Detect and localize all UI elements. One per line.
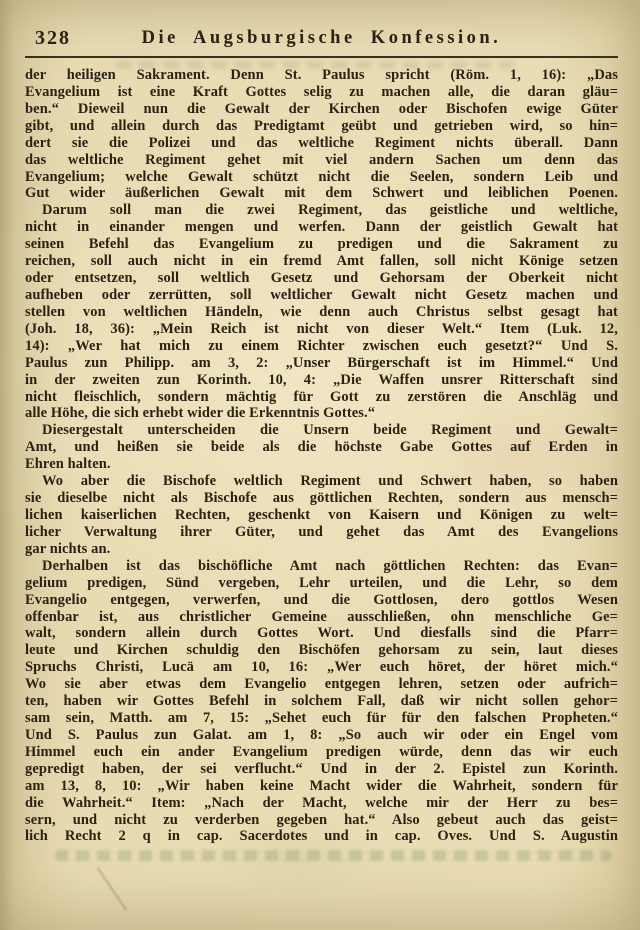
text-line: lichen kaiserlichen Rechten, geschenkt v…: [25, 507, 618, 524]
text-line: oder entsetzen, soll weltlich Gesetz und…: [25, 270, 618, 287]
text-line: walt, sondern allein durch Gottes Wort. …: [25, 625, 618, 642]
paragraph: Wo aber die Bischofe weltlich Regiment u…: [25, 473, 618, 558]
text-line: gepredigt haben, der sei verflucht.“ Und…: [25, 761, 618, 778]
text-line: sam sein, Matth. am 7, 15: „Sehet euch f…: [25, 710, 618, 727]
text-line: am 13, 8, 10: „Wir haben keine Macht wid…: [25, 778, 618, 795]
text-line: nicht in einander mengen und werfen. Dan…: [25, 219, 618, 236]
paragraph: Diesergestalt unterscheiden die Unsern b…: [25, 422, 618, 473]
show-through-text: [55, 850, 612, 861]
page-header: 328 Die Augsburgische Konfession.: [25, 27, 618, 51]
paragraph: Derhalben ist das bischöfliche Amt nach …: [25, 558, 618, 846]
text-line: die Wahrheit.“ Item: „Nach der Macht, we…: [25, 795, 618, 812]
paragraph: der heiligen Sakrament. Denn St. Paulus …: [25, 67, 618, 202]
text-line: das weltliche Regiment gehet mit viel an…: [25, 152, 618, 169]
paragraph: Darum soll man die zwei Regiment, das ge…: [25, 202, 618, 422]
text-line: nicht fleischlich, sondern mächtig für G…: [25, 389, 618, 406]
text-line: lich Recht 2 q in cap. Sacerdotes und in…: [25, 828, 618, 845]
text-line: 14): „Wer hat mich zu einem Richter zwis…: [25, 338, 618, 355]
text-line: sie dieselbe nicht als Bischofe aus gött…: [25, 490, 618, 507]
text-line: licher Verwaltung ihrer Güter, und gehet…: [25, 524, 618, 541]
text-line: Himmel euch ein ander Evangelium predige…: [25, 744, 618, 761]
text-line: Diesergestalt unterscheiden die Unsern b…: [25, 422, 618, 439]
text-line: Spruchs Christi, Lucä am 10, 16: „Wer eu…: [25, 659, 618, 676]
text-line: der heiligen Sakrament. Denn St. Paulus …: [25, 67, 618, 84]
text-line: gar nichts an.: [25, 541, 618, 558]
text-line: ten, haben wir Gottes Befehl in solchem …: [25, 693, 618, 710]
text-line: offenbar ist, aus christlicher Gemeine a…: [25, 609, 618, 626]
book-page: 328 Die Augsburgische Konfession. der he…: [0, 0, 640, 930]
text-line: ben.“ Dieweil nun die Gewalt der Kirchen…: [25, 101, 618, 118]
text-line: aufheben oder zerrütten, soll weltlicher…: [25, 287, 618, 304]
text-line: Darum soll man die zwei Regiment, das ge…: [25, 202, 618, 219]
text-line: Evangelium; welche Gewalt schützt nicht …: [25, 169, 618, 186]
text-line: Evangelio entgegen, verwerfen, und die G…: [25, 592, 618, 609]
text-line: Und S. Paulus zun Galat. am 1, 8: „So au…: [25, 727, 618, 744]
header-rule: [25, 56, 618, 58]
text-line: Wo sie aber etwas dem Evangelio entgegen…: [25, 676, 618, 693]
text-line: Evangelium ist eine Kraft Gottes selig z…: [25, 84, 618, 101]
text-line: alle Höhe, die sich erhebt wider die Erk…: [25, 405, 618, 422]
paper-crease: [97, 867, 128, 911]
text-line: seinen Befehl das Evangelium zu predigen…: [25, 236, 618, 253]
text-line: stellen von weltlichen Händeln, wie denn…: [25, 304, 618, 321]
running-title: Die Augsburgische Konfession.: [25, 28, 618, 49]
text-line: (Joh. 18, 36): „Mein Reich ist nicht von…: [25, 321, 618, 338]
text-line: Paulus zun Philipp. am 3, 2: „Unser Bürg…: [25, 355, 618, 372]
text-line: leute und Kirchen schuldig den Bischöfen…: [25, 642, 618, 659]
text-line: dert sie die Polizei und das weltliche R…: [25, 135, 618, 152]
text-line: Ehren halten.: [25, 456, 618, 473]
text-line: gibt, und allein durch das Predigtamt ge…: [25, 118, 618, 135]
text-line: Gut wider äußerlichen Gewalt mit dem Sch…: [25, 185, 618, 202]
text-line: gelium predigen, Sünd vergeben, Lehr urt…: [25, 575, 618, 592]
text-line: in der zweiten zun Korinth. 10, 4: „Die …: [25, 372, 618, 389]
text-line: Wo aber die Bischofe weltlich Regiment u…: [25, 473, 618, 490]
text-block: der heiligen Sakrament. Denn St. Paulus …: [25, 67, 618, 845]
text-line: reichen, soll auch nicht in ein fremd Am…: [25, 253, 618, 270]
text-line: Derhalben ist das bischöfliche Amt nach …: [25, 558, 618, 575]
text-line: sern, und nicht zu verderben gegeben hat…: [25, 812, 618, 829]
text-line: Amt, und heißen sie beide als die höchst…: [25, 439, 618, 456]
